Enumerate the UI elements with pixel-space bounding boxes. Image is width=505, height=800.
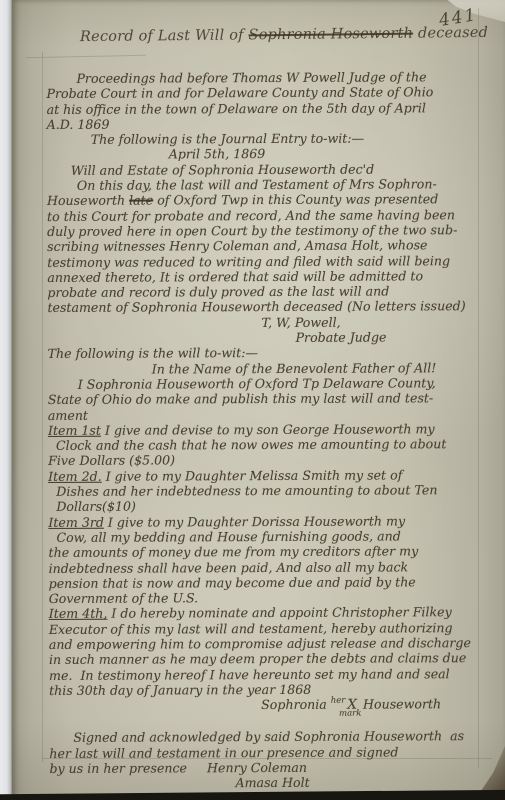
text-segment-u: Item 1st [48,423,101,438]
text-segment: April 5th, 1869 [169,146,266,161]
manuscript-line: Sophronia herXmark Houseworth [49,696,488,716]
text-segment: In the Name of the Benevolent Father of … [152,360,437,376]
manuscript-line: at his office in the town of Delaware on… [47,100,486,117]
text-segment: in such manner as he may deem proper the… [49,650,466,667]
text-segment: Amasa Holt [235,775,309,790]
text-segment-u: Item 4th, [49,606,108,621]
text-segment: indebtedness shall have been paid, And a… [49,559,409,576]
text-segment: I give to my Daughter Melissa Smith my s… [102,467,403,483]
adjacent-page-edge [0,0,12,800]
text-segment: Will and Estate of Sophronia Houseworth … [71,161,374,177]
manuscript-line: Dishes and her indebtedness to me amount… [48,482,487,515]
text-segment: Clock and the cash that he now owes me a… [56,436,446,453]
manuscript-line: State of Ohio do make and publish this m… [48,390,487,407]
text-segment: her last will and testament in our prese… [49,744,398,761]
manuscript-line: Clock and the cash that he now owes me a… [48,436,487,453]
text-segment: me. In testimony hereof I have hereunto … [49,666,450,683]
text-segment: testament of Sophronia Houseworth deceas… [47,299,465,316]
page-crease-line [26,55,146,59]
text-segment: I give to my Daughter Dorissa Houseworth… [104,513,405,529]
title-prefix: Record of Last Will of [80,27,249,45]
text-segment: this 30th day of January in the year 186… [49,682,311,698]
text-segment: Proceedings had before Thomas W Powell J… [76,69,426,86]
text-segment: pension that is now and may become due a… [49,574,416,591]
text-segment: The following is the Journal Entry to-wi… [91,131,365,147]
text-segment: I do hereby nominate and appoint Christo… [107,605,451,622]
text-segment: Executor of this my last will and testam… [49,620,453,637]
paper-sheet: 441 Record of Last Will of Sophronia Hos… [12,0,505,800]
text-segment-u: Item 2d. [48,468,102,483]
manuscript-line: me. In testimony hereof I have hereunto … [49,666,488,683]
text-segment: Dishes and her indebtedness to me amount… [56,482,441,514]
text-segment: On this day, the last will and Testament… [77,176,437,193]
text-segment: Signed and acknowledged by said Sophroni… [73,729,464,746]
text-segment: T, W, Powell, [261,314,340,329]
text-segment: scribing witnesses Henry Coleman and, Am… [47,238,427,255]
manuscript-body: Proceedings had before Thomas W Powell J… [46,69,488,800]
text-segment: by us in her presence Henry Coleman [49,760,307,776]
text-segment: Probate Judge [296,330,387,345]
text-segment: Government of the U.S. [49,590,199,606]
text-segment: Cow, all my bedding and House furnishing… [56,528,400,545]
manuscript-line: Signed and acknowledged by said Sophroni… [49,729,488,746]
text-segment: to this Court for probate and record, An… [47,207,455,224]
text-segment: I give and devise to my son George House… [101,421,435,437]
text-segment: I Sophronia Houseworth of Oxford Tp Dela… [78,375,436,392]
text-segment: the amounts of money due me from my cred… [48,544,418,561]
record-title: Record of Last Will of Sophronia Hosewor… [80,25,488,45]
title-suffix: deceased [413,25,488,42]
text-segment: Houseworth [359,696,441,711]
text-segment: at his office in the town of Delaware on… [47,100,426,117]
text-segment: Five Dollars ($5.00) [48,453,175,469]
manuscript-line: testament of Sophronia Houseworth deceas… [47,298,486,315]
text-segment: Sophronia [261,697,331,712]
text-segment: A.D. 1869 [47,117,110,132]
title-struck-name: Sophronia Hoseworth [248,26,413,44]
photo-background: 441 Record of Last Will of Sophronia Hos… [0,0,505,800]
text-segment-strike: late [129,193,153,208]
text-segment: duly proved here in open Court by the te… [47,222,457,239]
page-crease-line [42,52,43,762]
manuscript-line: annexed thereto, It is ordered that said… [47,268,486,285]
text-segment-u: Item 3rd [48,514,104,529]
text-segment: and empowering him to compromise adjust … [49,635,471,652]
text-segment: probate and record is duly proved as the… [47,284,389,300]
text-segment: ament [48,407,88,422]
text-segment: Houseworth [47,193,129,208]
text-segment-sup: her [331,696,346,706]
text-segment: State of Ohio do make and publish this m… [48,391,433,408]
text-segment: annexed thereto, It is ordered that said… [47,268,423,285]
text-segment: Probate Court in and for Delaware County… [46,85,433,102]
text-segment: testimony was reduced to writing and fil… [47,253,450,270]
text-segment: of Oxford Twp in this County was present… [153,192,438,208]
text-segment: The following is the will to-wit:— [48,345,259,361]
